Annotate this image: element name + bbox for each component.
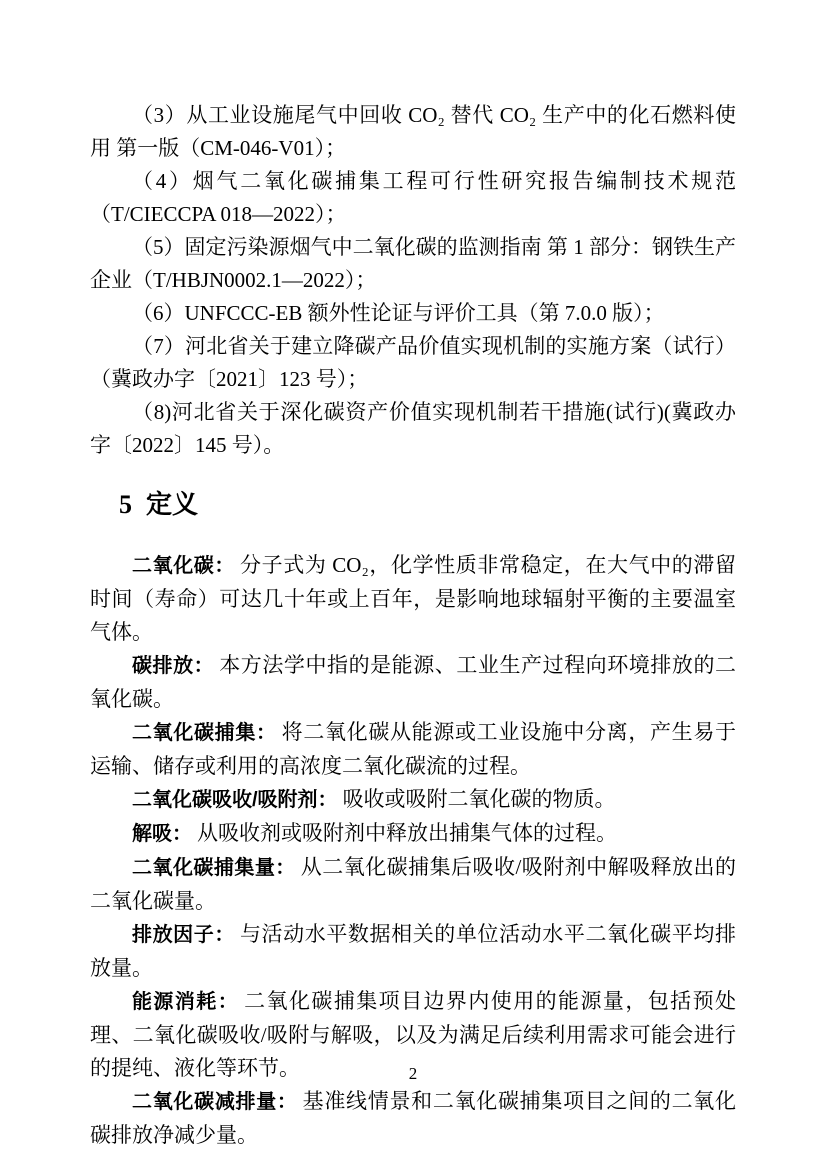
definition-item: 排放因子：与活动水平数据相关的单位活动水平二氧化碳平均排放量。 (90, 918, 736, 985)
section-heading: 5定义 (119, 485, 736, 525)
definition-term: 二氧化碳： (132, 555, 235, 577)
definition-list: 二氧化碳：分子式为 CO₂，化学性质非常稳定，在大气中的滞留时间（寿命）可达几十… (90, 549, 736, 1152)
page-content: （3）从工业设施尾气中回收 CO₂ 替代 CO₂ 生产中的化石燃料使用 第一版（… (90, 99, 736, 1152)
document-page: （3）从工业设施尾气中回收 CO₂ 替代 CO₂ 生产中的化石燃料使用 第一版（… (0, 0, 826, 1169)
reference-item: （4）烟气二氧化碳捕集工程可行性研究报告编制技术规范（T/CIECCPA 018… (90, 165, 736, 231)
definition-item: 解吸：从吸收剂或吸附剂中释放出捕集气体的过程。 (90, 817, 736, 851)
section-heading-title: 定义 (146, 490, 198, 519)
definition-term: 碳排放： (132, 655, 214, 677)
definition-term: 能源消耗： (132, 991, 239, 1013)
definition-item: 二氧化碳捕集：将二氧化碳从能源或工业设施中分离，产生易于运输、储存或利用的高浓度… (90, 716, 736, 783)
reference-item: （6）UNFCCC-EB 额外性论证与评价工具（第 7.0.0 版）； (90, 297, 736, 330)
definition-term: 二氧化碳减排量： (132, 1091, 298, 1113)
definition-body: 从吸收剂或吸附剂中释放出捕集气体的过程。 (197, 821, 617, 845)
reference-item: （5）固定污染源烟气中二氧化碳的监测指南 第 1 部分：钢铁生产企业（T/HBJ… (90, 231, 736, 297)
definition-term: 排放因子： (132, 924, 235, 946)
definition-term: 二氧化碳捕集量： (132, 857, 296, 879)
definition-body: 吸收或吸附二氧化碳的物质。 (343, 787, 616, 811)
definition-term: 二氧化碳捕集： (132, 722, 277, 744)
definition-item: 碳排放：本方法学中指的是能源、工业生产过程向环境排放的二氧化碳。 (90, 649, 736, 716)
definition-item: 二氧化碳捕集量：从二氧化碳捕集后吸收/吸附剂中解吸释放出的二氧化碳量。 (90, 851, 736, 918)
definition-item: 二氧化碳吸收/吸附剂：吸收或吸附二氧化碳的物质。 (90, 783, 736, 817)
section-heading-number: 5 (119, 490, 132, 519)
definition-item: 二氧化碳减排量：基准线情景和二氧化碳捕集项目之间的二氧化碳排放净减少量。 (90, 1085, 736, 1152)
reference-item: （3）从工业设施尾气中回收 CO₂ 替代 CO₂ 生产中的化石燃料使用 第一版（… (90, 99, 736, 165)
reference-item: （7）河北省关于建立降碳产品价值实现机制的实施方案（试行）（冀政办字〔2021〕… (90, 330, 736, 396)
definition-term: 解吸： (132, 823, 192, 845)
page-number: 2 (0, 1063, 826, 1085)
definition-item: 二氧化碳：分子式为 CO₂，化学性质非常稳定，在大气中的滞留时间（寿命）可达几十… (90, 549, 736, 649)
reference-item: （8)河北省关于深化碳资产价值实现机制若干措施(试行)(冀政办字〔2022〕14… (90, 396, 736, 462)
definition-term: 二氧化碳吸收/吸附剂： (132, 789, 338, 811)
reference-list: （3）从工业设施尾气中回收 CO₂ 替代 CO₂ 生产中的化石燃料使用 第一版（… (90, 99, 736, 462)
